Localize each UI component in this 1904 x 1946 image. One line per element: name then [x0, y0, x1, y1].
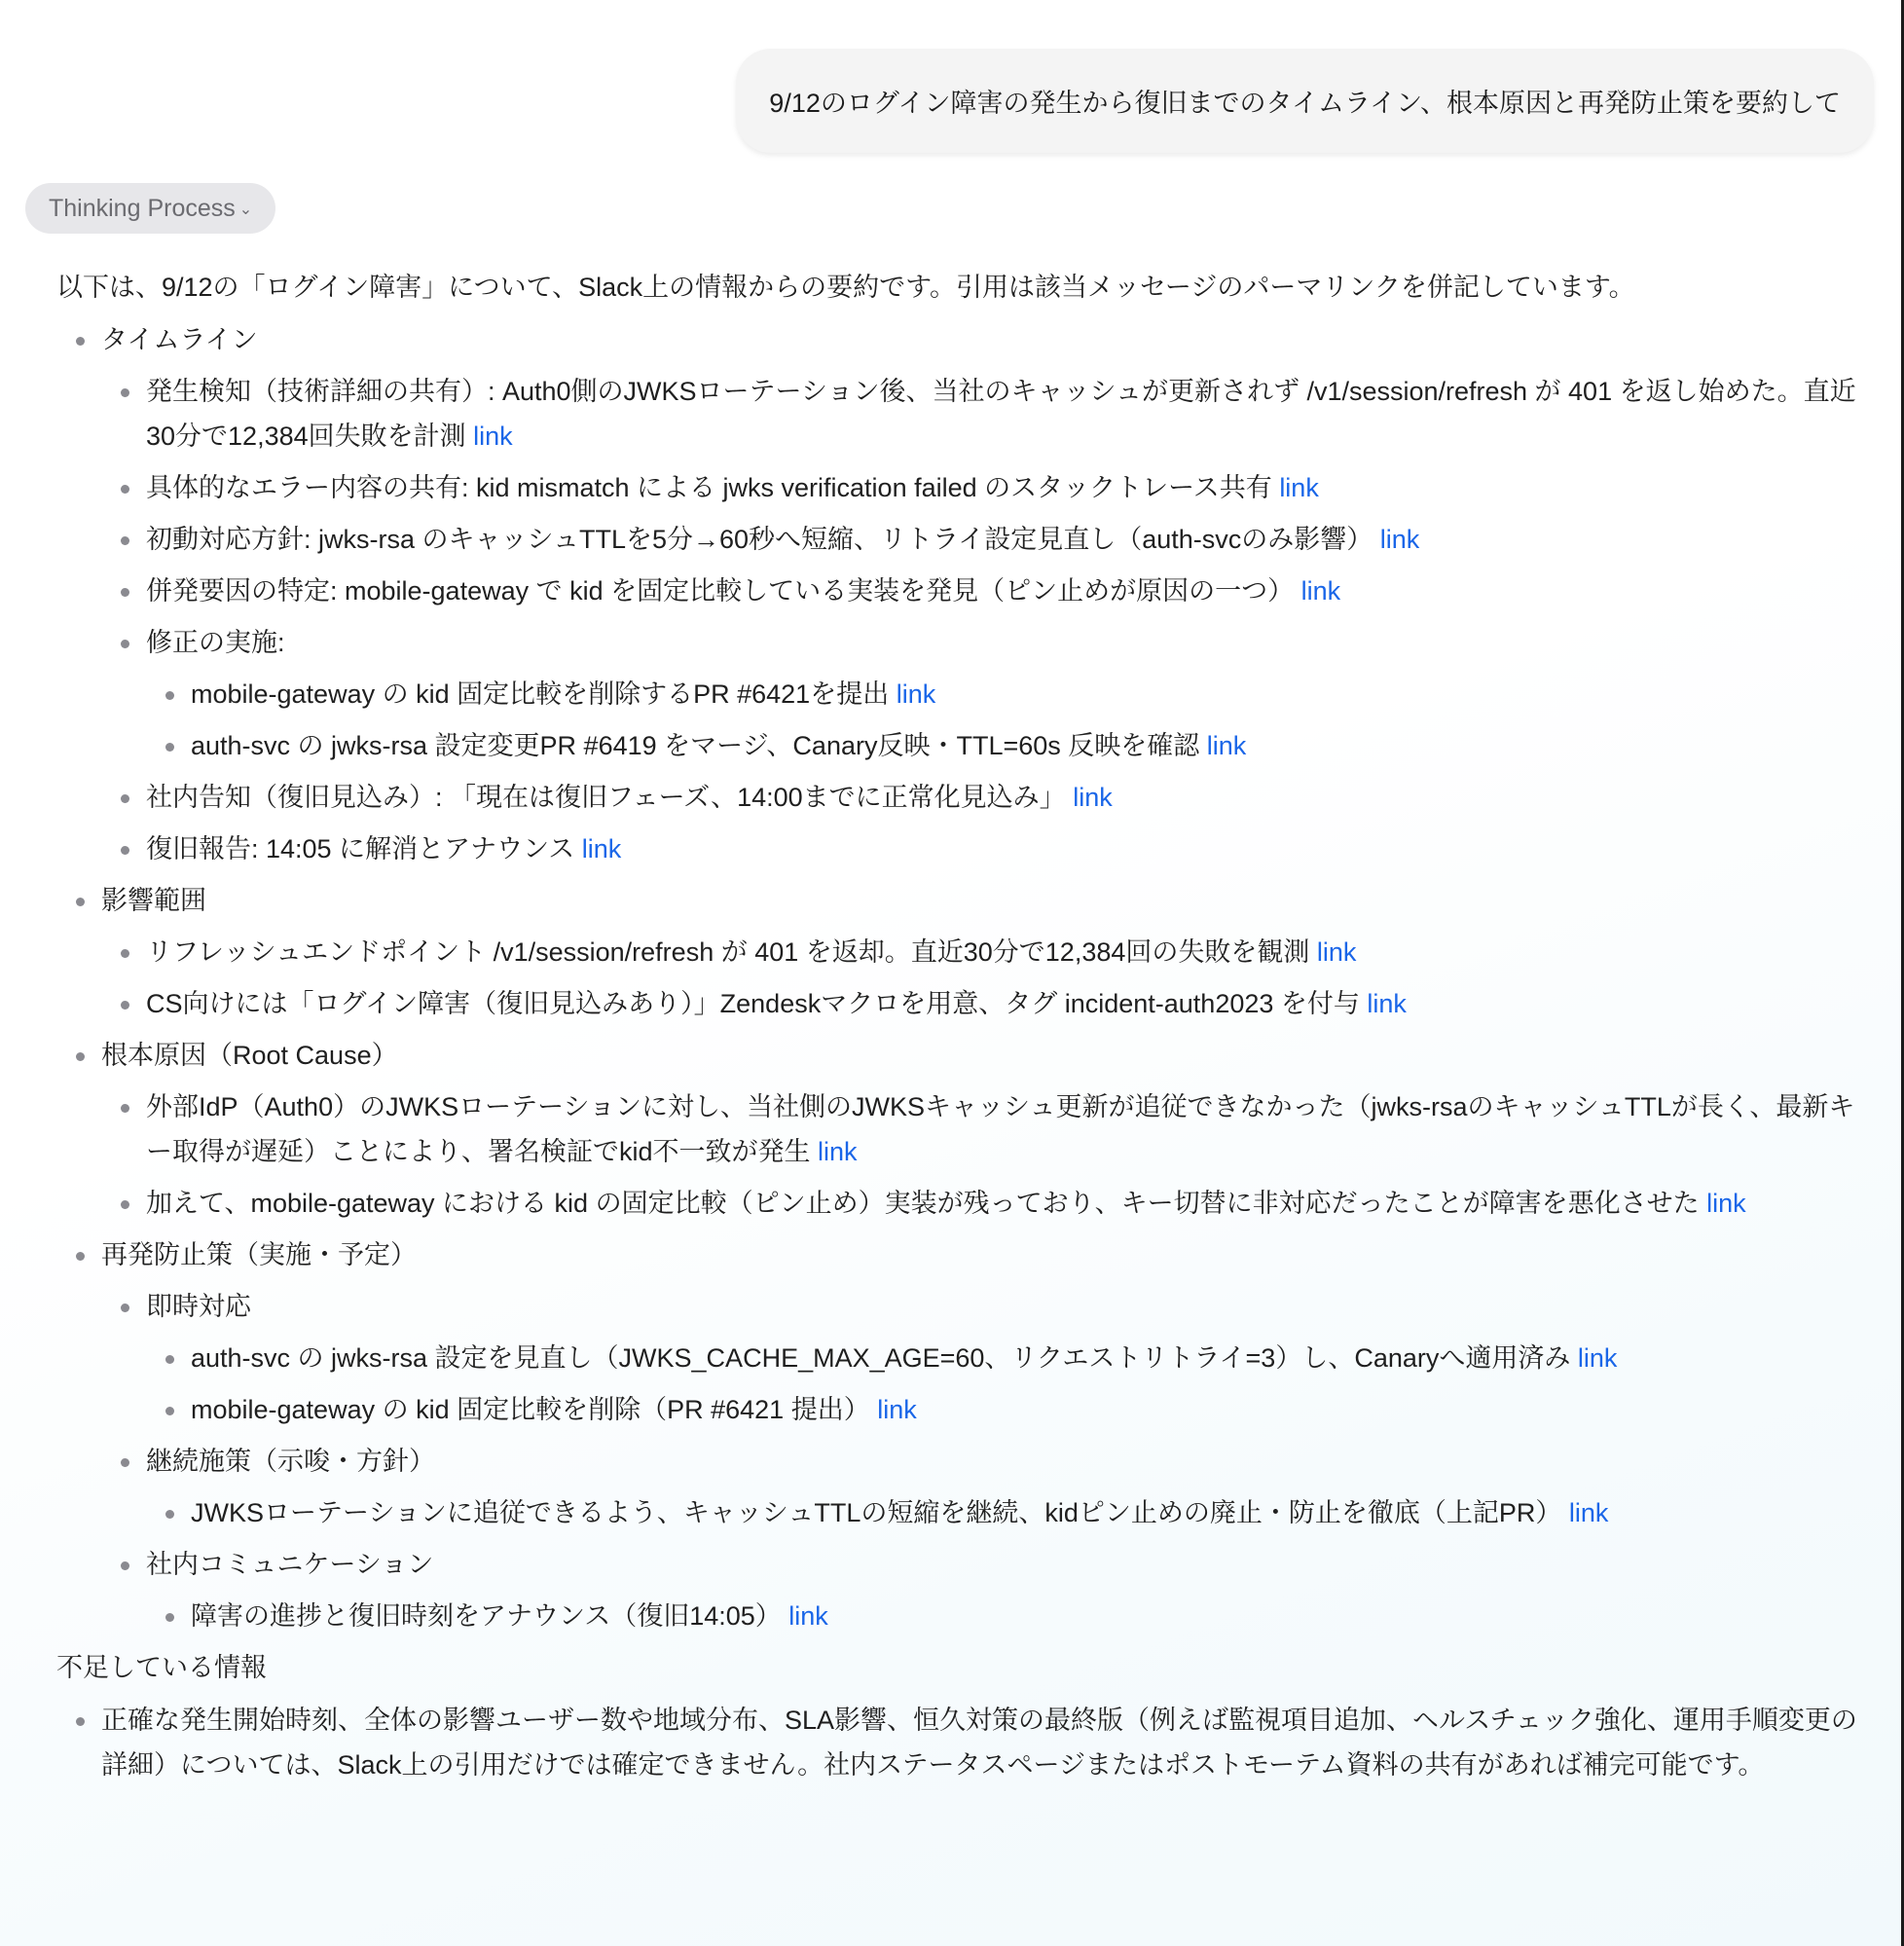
permalink[interactable]: link — [1380, 525, 1420, 554]
list-item: 加えて、mobile-gateway における kid の固定比較（ピン止め）実… — [101, 1181, 1857, 1226]
summary-list: タイムライン 発生検知（技術詳細の共有）: Auth0側のJWKSローテーション… — [56, 317, 1857, 1638]
answer-intro: 以下は、9/12の「ログイン障害」について、Slack上の情報からの要約です。引… — [56, 265, 1857, 310]
thinking-process-label: Thinking Process — [49, 195, 236, 223]
permalink[interactable]: link — [1207, 731, 1247, 760]
list-item: 併発要因の特定: mobile-gateway で kid を固定比較している実… — [101, 569, 1857, 613]
permalink[interactable]: link — [897, 679, 936, 709]
section-timeline: タイムライン 発生検知（技術詳細の共有）: Auth0側のJWKSローテーション… — [56, 317, 1857, 871]
section-root-cause: 根本原因（Root Cause） 外部IdP（Auth0）のJWKSローテーショ… — [56, 1033, 1857, 1226]
missing-info-list: 正確な発生開始時刻、全体の影響ユーザー数や地域分布、SLA影響、恒久対策の最終版… — [56, 1698, 1857, 1787]
section-prevention: 再発防止策（実施・予定） 即時対応 auth-svc の jwks-rsa 設定… — [56, 1232, 1857, 1638]
list-item: 具体的なエラー内容の共有: kid mismatch による jwks veri… — [101, 465, 1857, 510]
permalink[interactable]: link — [1569, 1498, 1609, 1527]
permalink[interactable]: link — [582, 834, 622, 863]
list-item: auth-svc の jwks-rsa 設定変更PR #6419 をマージ、Ca… — [146, 723, 1857, 768]
permalink[interactable]: link — [818, 1137, 858, 1166]
list-item: auth-svc の jwks-rsa 設定を見直し（JWKS_CACHE_MA… — [146, 1336, 1857, 1380]
list-item: mobile-gateway の kid 固定比較を削除するPR #6421を提… — [146, 672, 1857, 716]
list-item: 修正の実施: mobile-gateway の kid 固定比較を削除するPR … — [101, 620, 1857, 768]
permalink[interactable]: link — [1317, 937, 1357, 967]
list-item: 外部IdP（Auth0）のJWKSローテーションに対し、当社側のJWKSキャッシ… — [101, 1084, 1857, 1174]
section-title: 根本原因（Root Cause） — [101, 1041, 398, 1070]
list-item: 社内コミュニケーション 障害の進捗と復旧時刻をアナウンス（復旧14:05） li… — [101, 1542, 1857, 1638]
chevron-down-icon: ⌄ — [239, 200, 252, 219]
section-title: 影響範囲 — [101, 886, 206, 915]
missing-info-title: 不足している情報 — [56, 1645, 1857, 1690]
permalink[interactable]: link — [1279, 473, 1319, 502]
list-item: CS向けには「ログイン障害（復旧見込みあり）」Zendeskマクロを用意、タグ … — [101, 981, 1857, 1026]
assistant-answer: 以下は、9/12の「ログイン障害」について、Slack上の情報からの要約です。引… — [56, 265, 1857, 1794]
list-item: 即時対応 auth-svc の jwks-rsa 設定を見直し（JWKS_CAC… — [101, 1284, 1857, 1432]
permalink[interactable]: link — [877, 1395, 917, 1424]
list-item: 障害の進捗と復旧時刻をアナウンス（復旧14:05） link — [146, 1594, 1857, 1638]
permalink[interactable]: link — [1367, 989, 1407, 1018]
list-item: 発生検知（技術詳細の共有）: Auth0側のJWKSローテーション後、当社のキャ… — [101, 369, 1857, 459]
section-impact: 影響範囲 リフレッシュエンドポイント /v1/session/refresh が… — [56, 878, 1857, 1026]
section-title: タイムライン — [101, 325, 258, 354]
list-item: リフレッシュエンドポイント /v1/session/refresh が 401 … — [101, 930, 1857, 974]
permalink[interactable]: link — [1578, 1343, 1618, 1373]
list-item: mobile-gateway の kid 固定比較を削除（PR #6421 提出… — [146, 1387, 1857, 1432]
permalink[interactable]: link — [1073, 783, 1113, 812]
permalink[interactable]: link — [788, 1601, 828, 1631]
section-title: 再発防止策（実施・予定） — [101, 1240, 417, 1269]
permalink[interactable]: link — [1706, 1189, 1746, 1218]
list-item: 初動対応方針: jwks-rsa のキャッシュTTLを5分→60秒へ短縮、リトラ… — [101, 517, 1857, 562]
list-item: 継続施策（示唆・方針） JWKSローテーションに追従できるよう、キャッシュTTL… — [101, 1439, 1857, 1535]
user-message-text: 9/12のログイン障害の発生から復旧までのタイムライン、根本原因と再発防止策を要… — [769, 82, 1841, 120]
permalink[interactable]: link — [473, 422, 513, 451]
list-item: JWKSローテーションに追従できるよう、キャッシュTTLの短縮を継続、kidピン… — [146, 1490, 1857, 1535]
thinking-process-toggle[interactable]: Thinking Process ⌄ — [25, 183, 275, 234]
list-item: 社内告知（復旧見込み）: 「現在は復旧フェーズ、14:00までに正常化見込み」 … — [101, 775, 1857, 820]
list-item: 正確な発生開始時刻、全体の影響ユーザー数や地域分布、SLA影響、恒久対策の最終版… — [56, 1698, 1857, 1787]
permalink[interactable]: link — [1301, 576, 1341, 606]
list-item: 復旧報告: 14:05 に解消とアナウンス link — [101, 826, 1857, 871]
user-message-bubble: 9/12のログイン障害の発生から復旧までのタイムライン、根本原因と再発防止策を要… — [736, 49, 1874, 153]
